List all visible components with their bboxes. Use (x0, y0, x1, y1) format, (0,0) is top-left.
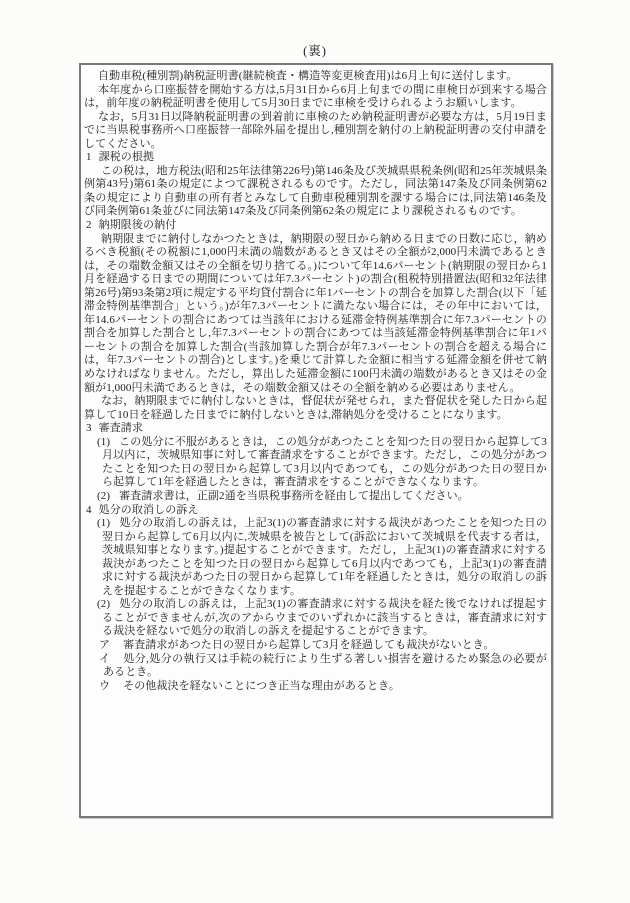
intro-paragraph-1: 自動車税(種別割)納税証明書(継続検査・構造等変更検査用)は6月上旬に送付します… (84, 70, 547, 84)
section-3-item-1-label: (1) (97, 436, 110, 448)
section-3-item-1: (1)この処分に不服があるときは，この処分があつたことを知つた日の翌日から起算し… (84, 436, 547, 490)
page-side-label: (裏) (0, 41, 630, 59)
section-4-subitem-a-text: 審査請求があつた日の翌日から起算して3月を経過しても裁決がないとき。 (123, 639, 494, 651)
section-4-title: 処分の取消しの訴え (99, 504, 199, 516)
section-1-title: 課税の根拠 (99, 151, 155, 163)
section-1-body: この税は，地方税法(昭和25年法律第226号)第146条及び茨城県県税条例(昭和… (84, 165, 547, 219)
section-1-heading: 1課税の根拠 (84, 151, 547, 165)
section-3-item-2: (2)審査請求書は，正副2通を当県税事務所を経由して提出してください。 (84, 490, 547, 504)
section-4-item-2: (2)処分の取消しの訴えは，上記3(1)の審査請求に対する裁決を経た後でなければ… (84, 598, 547, 639)
section-4-item-1: (1)処分の取消しの訴えは，上記3(1)の審査請求に対する裁決があつたことを知つ… (84, 517, 547, 598)
section-4-number: 4 (84, 504, 92, 516)
section-3-heading: 3審査請求 (84, 422, 547, 436)
section-1-number: 1 (84, 151, 92, 163)
section-payment-after-deadline: 2納期限後の納付 納期限までに納付しなかつたときは，納期限の翌日から納める日まで… (84, 219, 547, 422)
section-3-item-1-text: この処分に不服があるときは，この処分があつたことを知つた日の翌日から起算して3月… (102, 436, 547, 489)
section-4-item-1-label: (1) (97, 517, 110, 529)
section-4-item-2-label: (2) (97, 598, 110, 610)
intro-paragraph-2: 本年度から口座振替を開始する方は,5月31日から6月上旬までの間に車検日が到来す… (84, 84, 547, 111)
section-3-item-2-label: (2) (97, 490, 110, 502)
section-4-subitem-u-text: その他裁決を経ないことにつき正当な理由があるとき。 (123, 680, 400, 692)
section-3-title: 審査請求 (99, 422, 143, 434)
section-2-number: 2 (84, 219, 92, 231)
section-4-subitem-a-label: ア (99, 639, 110, 651)
section-2-body-2: なお，納期限までに納付しないときは，督促状が発せられ，また督促状を発した日から起… (84, 395, 547, 422)
section-review-request: 3審査請求 (1)この処分に不服があるときは，この処分があつたことを知つた日の翌… (84, 422, 547, 503)
section-revocation-lawsuit: 4処分の取消しの訴え (1)処分の取消しの訴えは，上記3(1)の審査請求に対する… (84, 504, 547, 694)
section-4-subitem-i-text: 処分,処分の執行又は手続の続行により生ずる著しい損害を避けるため緊急の必要がある… (103, 653, 547, 679)
section-4-subitem-i-label: イ (99, 653, 110, 665)
section-2-heading: 2納期限後の納付 (84, 219, 547, 233)
section-3-number: 3 (84, 422, 92, 434)
section-2-title: 納期限後の納付 (99, 219, 177, 231)
section-4-heading: 4処分の取消しの訴え (84, 504, 547, 518)
section-4-item-1-text: 処分の取消しの訴えは，上記3(1)の審査請求に対する裁決があつたことを知つた日の… (102, 517, 547, 597)
section-4-subitem-i: イ処分,処分の執行又は手続の続行により生ずる著しい損害を避けるため緊急の必要があ… (84, 653, 547, 680)
section-3-item-2-text: 審査請求書は，正副2通を当県税事務所を経由して提出してください。 (119, 490, 469, 502)
intro-paragraph-3: なお，5月31日以降納税証明書の到着前に車検のため納税証明書が必要な方は，5月1… (84, 111, 547, 152)
section-4-subitem-u: ウその他裁決を経ないことにつき正当な理由があるとき。 (84, 680, 547, 694)
section-4-subitem-a: ア審査請求があつた日の翌日から起算して3月を経過しても裁決がないとき。 (84, 639, 547, 653)
notice-frame: 自動車税(種別割)納税証明書(継続検査・構造等変更検査用)は6月上旬に送付します… (79, 63, 553, 818)
section-2-body-1: 納期限までに納付しなかつたときは，納期限の翌日から納める日までの日数に応じ，納め… (84, 233, 547, 396)
section-taxation-basis: 1課税の根拠 この税は，地方税法(昭和25年法律第226号)第146条及び茨城県… (84, 151, 547, 219)
section-4-item-2-text: 処分の取消しの訴えは，上記3(1)の審査請求に対する裁決を経た後でなければ提起す… (102, 598, 547, 637)
section-4-subitem-u-label: ウ (99, 680, 110, 692)
